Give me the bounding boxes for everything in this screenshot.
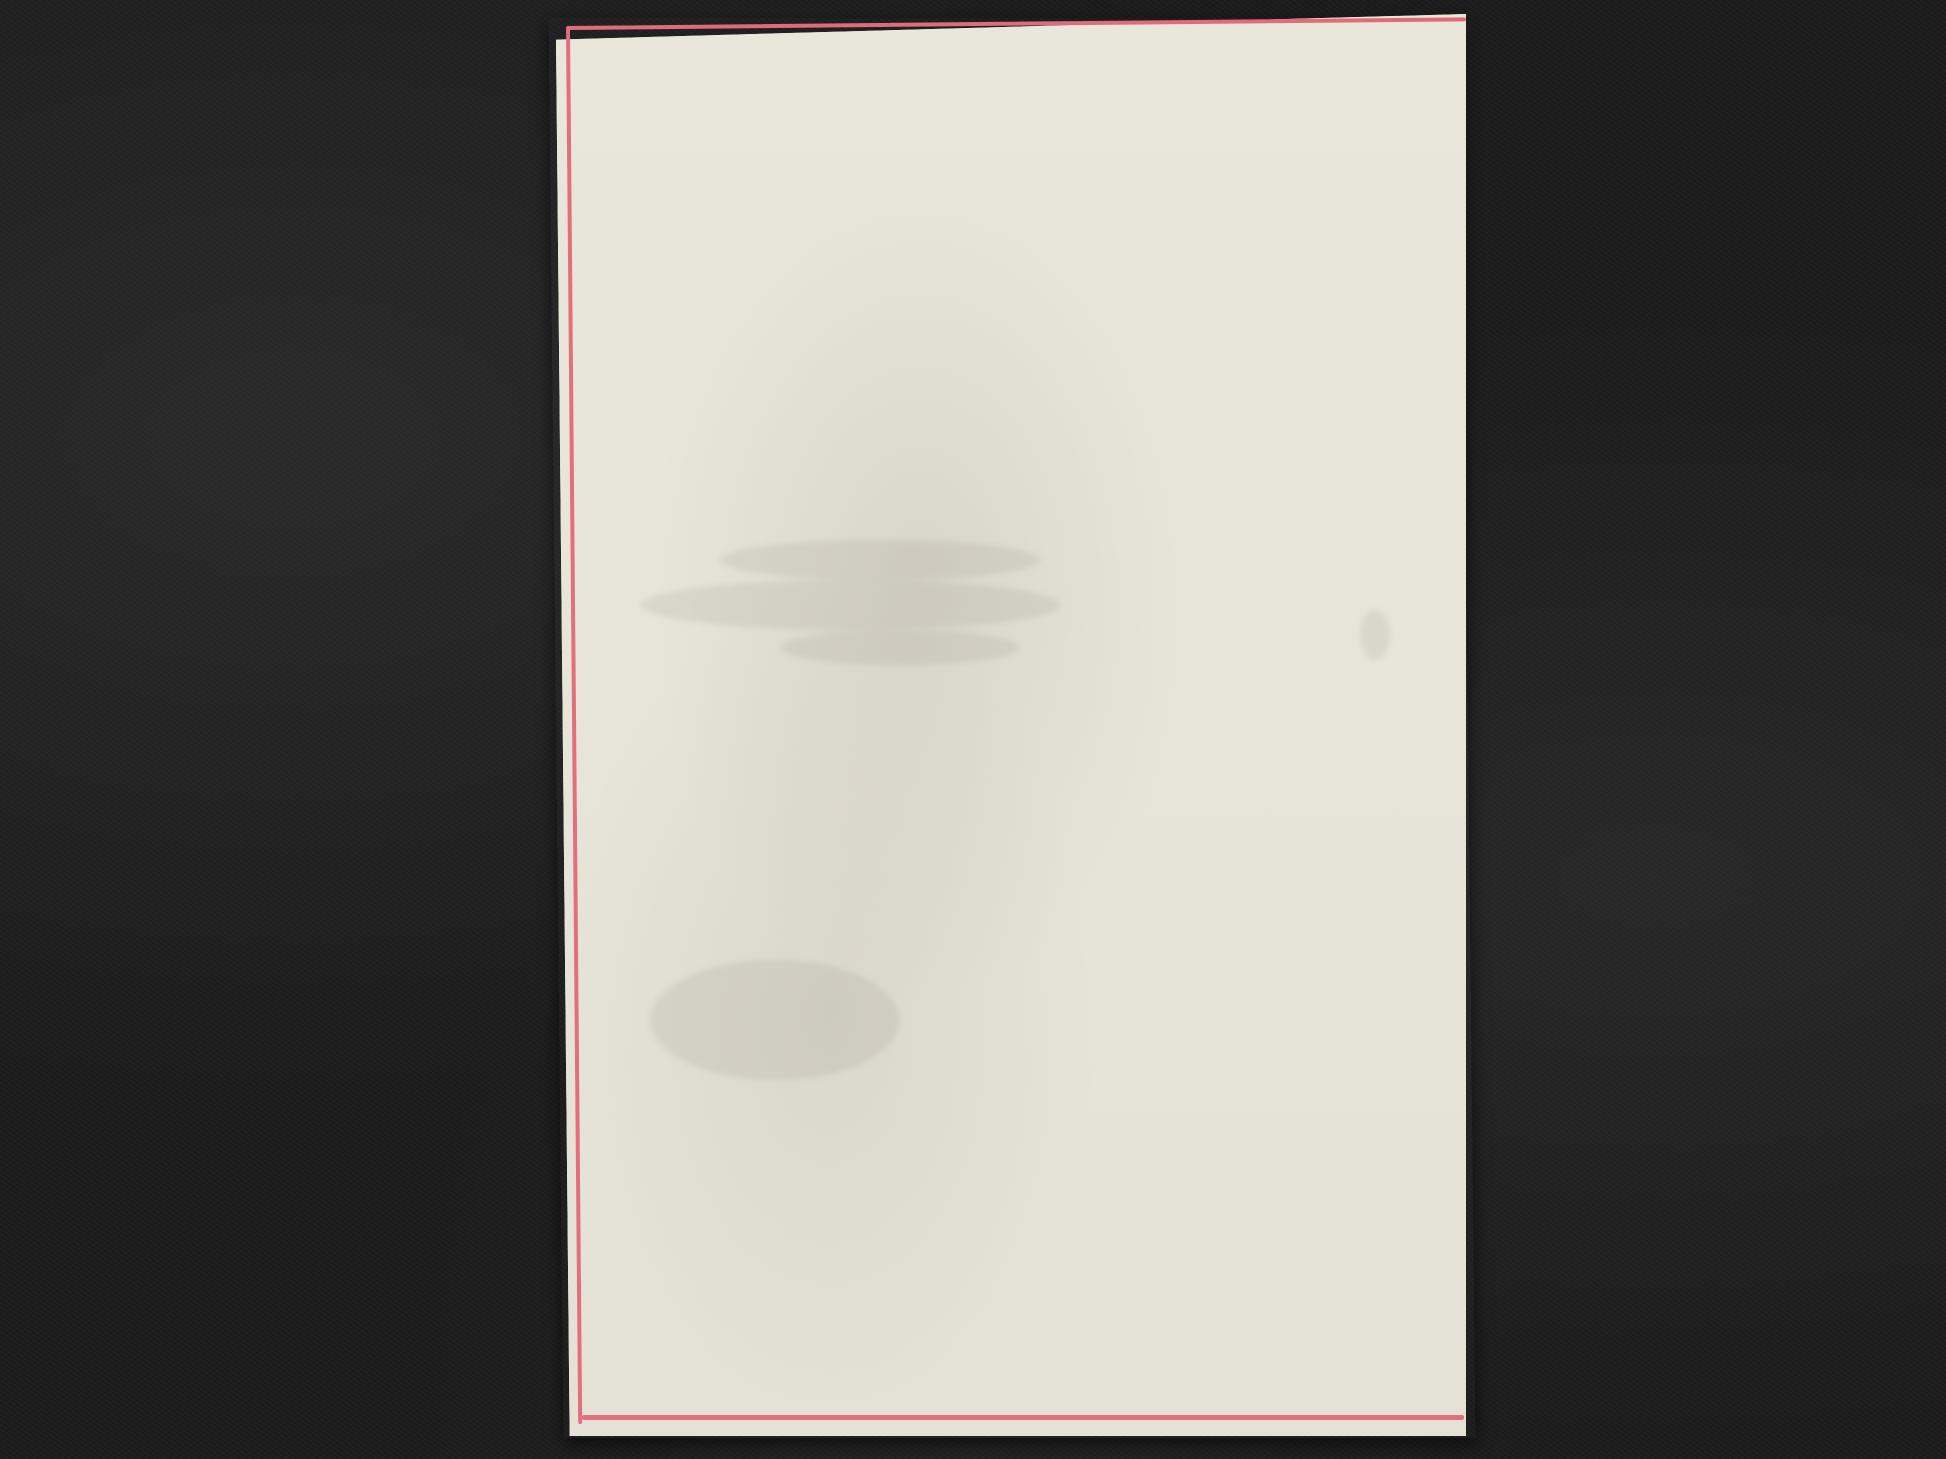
- faint-smudge: [650, 960, 900, 1080]
- faint-smudge: [720, 540, 1040, 580]
- faint-smudge: [1360, 610, 1390, 660]
- card-border-bottom: [582, 1415, 1464, 1420]
- blank-card: [556, 14, 1466, 1436]
- faint-smudge: [780, 630, 1020, 665]
- dark-fabric-background: [0, 0, 1946, 1459]
- faint-smudge: [640, 580, 1060, 630]
